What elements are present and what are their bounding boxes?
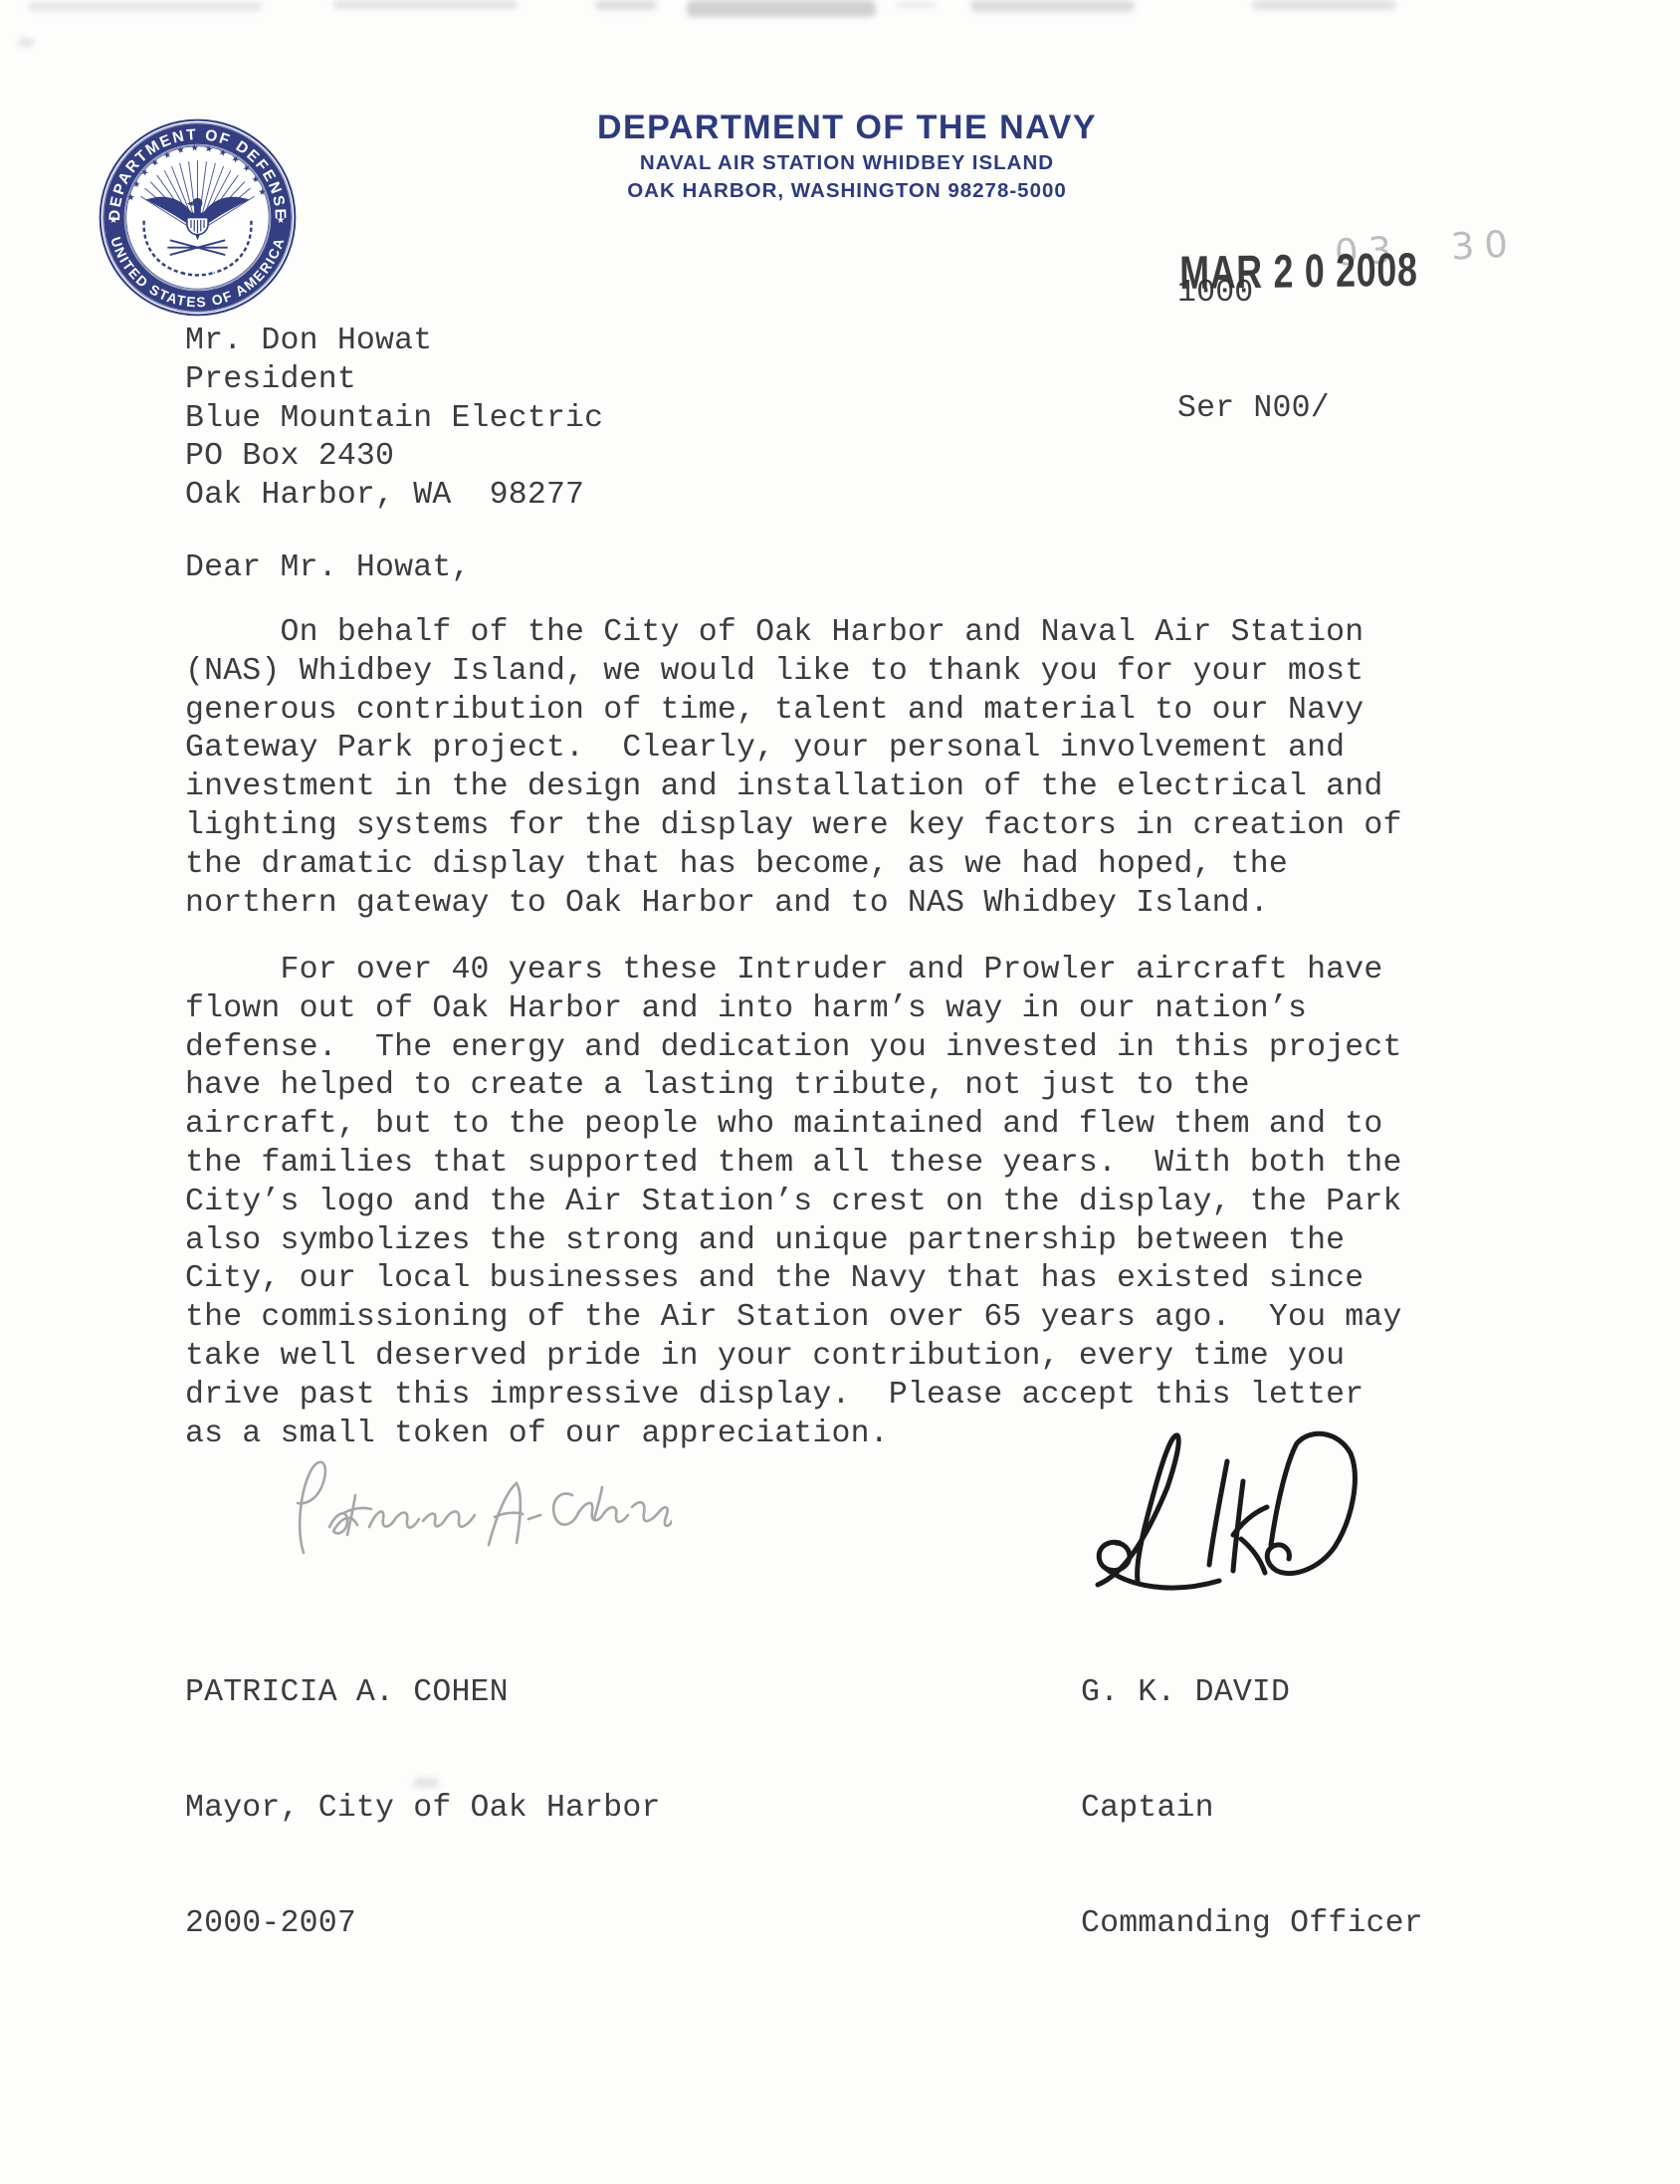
signer-right-title: Commanding Officer — [1081, 1905, 1423, 1944]
signature-script-david — [1080, 1423, 1368, 1603]
recipient-address: Mr. Don Howat President Blue Mountain El… — [185, 323, 603, 516]
signature-block-left: PATRICIA A. COHEN Mayor, City of Oak Har… — [185, 1597, 661, 2022]
letter-document: DEPARTMENT OF DEFENSE UNITED STATES OF A… — [0, 0, 1680, 2184]
scan-smudge — [595, 0, 657, 10]
scan-smudge — [333, 0, 518, 9]
letterhead-station: NAVAL AIR STATION WHIDBEY ISLAND — [509, 149, 1185, 177]
signature-script-patricia — [284, 1451, 672, 1569]
signer-right-name: G. K. DAVID — [1081, 1674, 1423, 1713]
signer-left-name: PATRICIA A. COHEN — [185, 1674, 661, 1713]
body-paragraph-1: On behalf of the City of Oak Harbor and … — [185, 614, 1402, 923]
scan-smudge — [687, 0, 876, 17]
letterhead-department: DEPARTMENT OF THE NAVY — [509, 109, 1185, 145]
signer-right-rank: Captain — [1081, 1790, 1423, 1829]
signer-left-years: 2000-2007 — [185, 1905, 661, 1944]
ref-serial: Ser N00/ — [1177, 390, 1330, 429]
scan-smudge — [970, 0, 1135, 12]
star-separator-icon: ★ — [109, 215, 118, 226]
date-stamp: MAR 2 0 2008 — [1179, 242, 1418, 300]
scan-smudge — [1252, 0, 1396, 10]
letterhead: DEPARTMENT OF THE NAVY NAVAL AIR STATION… — [509, 109, 1185, 205]
scan-smudge — [18, 38, 34, 47]
signer-left-title: Mayor, City of Oak Harbor — [185, 1790, 661, 1829]
star-separator-icon: ★ — [277, 215, 286, 226]
signature-block-right: G. K. DAVID Captain Commanding Officer — [1081, 1597, 1423, 2022]
scan-smudge — [28, 2, 262, 11]
body-paragraph-2: For over 40 years these Intruder and Pro… — [185, 952, 1402, 1453]
salutation: Dear Mr. Howat, — [185, 549, 471, 588]
dod-seal-icon: DEPARTMENT OF DEFENSE UNITED STATES OF A… — [99, 118, 297, 317]
scan-smudge — [896, 2, 936, 8]
letterhead-address: OAK HARBOR, WASHINGTON 98278-5000 — [509, 177, 1185, 205]
